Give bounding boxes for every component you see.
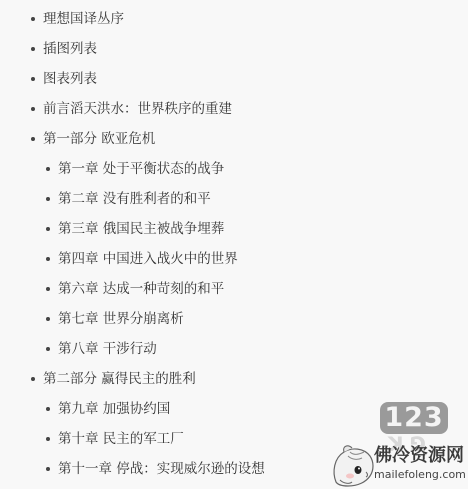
toc-item-chapter-1[interactable]: 第一章 处于平衡状态的战争 (0, 154, 468, 184)
toc-item-chapter-3[interactable]: 第三章 俄国民主被战争埋葬 (0, 214, 468, 244)
toc-link[interactable]: 图表列表 (43, 71, 97, 87)
toc-link[interactable]: 第一部分 欧亚危机 (43, 131, 155, 147)
toc-item-chapter-4[interactable]: 第四章 中国进入战火中的世界 (0, 244, 468, 274)
toc-item-list-of-illustrations[interactable]: 插图列表 (0, 34, 468, 64)
toc-item-part-two[interactable]: 第二部分 赢得民主的胜利 (0, 364, 468, 394)
toc-link[interactable]: 第九章 加强协约国 (58, 401, 170, 417)
toc-link[interactable]: 第二部分 赢得民主的胜利 (43, 371, 196, 387)
toc-item-preface[interactable]: 前言滔天洪水：世界秩序的重建 (0, 94, 468, 124)
bullet-icon (31, 47, 35, 51)
toc-link[interactable]: 第八章 干涉行动 (58, 341, 157, 357)
toc-link[interactable]: 第二章 没有胜利者的和平 (58, 191, 211, 207)
toc-link[interactable]: 第三章 俄国民主被战争埋葬 (58, 221, 224, 237)
toc-item-list-of-charts[interactable]: 图表列表 (0, 64, 468, 94)
bullet-icon (46, 407, 50, 411)
toc-link[interactable]: 第一章 处于平衡状态的战争 (58, 161, 224, 177)
toc-link[interactable]: 第十一章 停战：实现威尔逊的设想 (58, 461, 265, 477)
toc-link[interactable]: 第十章 民主的军工厂 (58, 431, 184, 447)
toc-item-chapter-11[interactable]: 第十一章 停战：实现威尔逊的设想 (0, 454, 468, 484)
toc-link[interactable]: 理想国译丛序 (43, 11, 124, 27)
toc-link[interactable]: 第七章 世界分崩离析 (58, 311, 184, 327)
bullet-icon (46, 197, 50, 201)
bullet-icon (46, 347, 50, 351)
bullet-icon (46, 227, 50, 231)
toc-item-chapter-7[interactable]: 第七章 世界分崩离析 (0, 304, 468, 334)
toc-item-chapter-10[interactable]: 第十章 民主的军工厂 (0, 424, 468, 454)
toc-item-translation-series-preface[interactable]: 理想国译丛序 (0, 4, 468, 34)
toc-link[interactable]: 前言滔天洪水：世界秩序的重建 (43, 101, 232, 117)
bullet-icon (46, 167, 50, 171)
toc-item-part-one[interactable]: 第一部分 欧亚危机 (0, 124, 468, 154)
toc-item-chapter-8[interactable]: 第八章 干涉行动 (0, 334, 468, 364)
toc-item-chapter-6[interactable]: 第六章 达成一种苛刻的和平 (0, 274, 468, 304)
table-of-contents: 理想国译丛序 插图列表 图表列表 前言滔天洪水：世界秩序的重建 第一部分 欧亚危… (0, 4, 468, 484)
bullet-icon (31, 107, 35, 111)
toc-item-chapter-2[interactable]: 第二章 没有胜利者的和平 (0, 184, 468, 214)
bullet-icon (31, 17, 35, 21)
bullet-icon (46, 437, 50, 441)
bullet-icon (46, 317, 50, 321)
toc-item-chapter-9[interactable]: 第九章 加强协约国 (0, 394, 468, 424)
bullet-icon (46, 257, 50, 261)
bullet-icon (31, 377, 35, 381)
toc-link[interactable]: 插图列表 (43, 41, 97, 57)
bullet-icon (46, 287, 50, 291)
bullet-icon (46, 467, 50, 471)
toc-link[interactable]: 第六章 达成一种苛刻的和平 (58, 281, 224, 297)
bullet-icon (31, 77, 35, 81)
bullet-icon (31, 137, 35, 141)
toc-link[interactable]: 第四章 中国进入战火中的世界 (58, 251, 238, 267)
